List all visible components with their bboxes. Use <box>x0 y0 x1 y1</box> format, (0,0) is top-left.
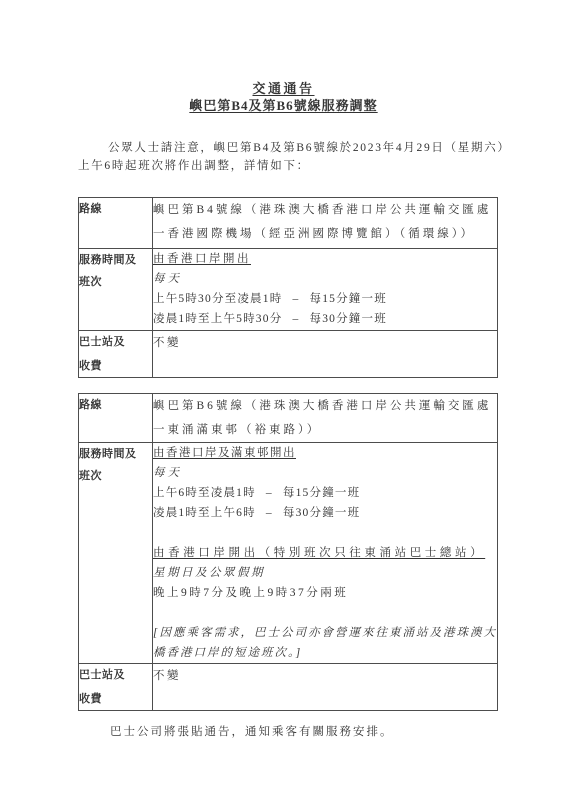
b6-schedule-1: 上午6時至凌晨1時 – 每15分鐘一班 <box>153 483 497 503</box>
b6-unchanged-value: 不變 <box>153 664 497 686</box>
b4-unchanged-value: 不變 <box>153 331 497 353</box>
b6-stops-row: 巴士站及 收費 不變 <box>79 664 498 711</box>
b6-route-table: 路線 嶼巴第B6號線（港珠澳大橋香港口岸公共運輸交匯處 一東涌滿東邨（裕東路））… <box>78 393 498 711</box>
route-label: 路線 <box>79 394 152 416</box>
b6-note-line-1: [因應乘客需求，巴士公司亦會營運來往東涌站及港珠澳大 <box>153 623 497 643</box>
stops-label-line-2: 收費 <box>79 355 152 377</box>
b4-service-value-cell: 由香港口岸開出 每天 上午5時30分至凌晨1時 – 每15分鐘一班 凌晨1時至上… <box>153 249 498 331</box>
b6-schedule-2: 凌晨1時至上午6時 – 每30分鐘一班 <box>153 503 497 523</box>
b4-route-line-2: 一香港國際機場（經亞洲國際博覽館）（循環線）） <box>153 222 497 246</box>
b4-route-row: 路線 嶼巴第B4號線（港珠澳大橋香港口岸公共運輸交匯處 一香港國際機場（經亞洲國… <box>79 198 498 249</box>
b6-route-line-2: 一東涌滿東邨（裕東路）） <box>153 418 497 442</box>
b4-stops-label-cell: 巴士站及 收費 <box>79 331 153 378</box>
intro-line-1: 公眾人士請注意，嶼巴第B4及第B6號線於2023年4月29日（星期六） <box>78 140 548 156</box>
notice-subtitle: 嶼巴第B4及第B6號線服務調整 <box>0 97 567 114</box>
notice-page: 交通通告 嶼巴第B4及第B6號線服務調整 公眾人士請注意，嶼巴第B4及第B6號線… <box>0 0 567 800</box>
spacer <box>153 603 497 623</box>
notice-title: 交通通告 <box>0 80 567 97</box>
stops-label-line-1: 巴士站及 <box>79 331 152 353</box>
spacer <box>153 523 497 543</box>
service-label-line-1: 服務時間及 <box>79 249 152 271</box>
service-label-line-2: 班次 <box>79 465 152 487</box>
notice-header: 交通通告 嶼巴第B4及第B6號線服務調整 <box>0 80 567 114</box>
b6-note-line-2: 橋香港口岸的短途班次。] <box>153 643 497 663</box>
b4-route-label-cell: 路線 <box>79 198 153 249</box>
b4-depart-heading: 由香港口岸開出 <box>153 249 497 269</box>
service-label-line-1: 服務時間及 <box>79 443 152 465</box>
b6-schedule-3: 晚上9時7分及晚上9時37分兩班 <box>153 583 497 603</box>
b4-route-table: 路線 嶼巴第B4號線（港珠澳大橋香港口岸公共運輸交匯處 一香港國際機場（經亞洲國… <box>78 197 498 378</box>
b6-depart-heading-2: 由香港口岸開出（特別班次只往東涌站巴士總站） <box>153 543 497 563</box>
b6-service-row: 服務時間及 班次 由香港口岸及滿東邨開出 每天 上午6時至凌晨1時 – 每15分… <box>79 443 498 664</box>
b4-daily-label: 每天 <box>153 269 497 289</box>
b4-stops-value-cell: 不變 <box>153 331 498 378</box>
stops-label-line-2: 收費 <box>79 688 152 710</box>
b6-stops-value-cell: 不變 <box>153 664 498 711</box>
b4-route-line-1: 嶼巴第B4號線（港珠澳大橋香港口岸公共運輸交匯處 <box>153 198 497 222</box>
b4-stops-row: 巴士站及 收費 不變 <box>79 331 498 378</box>
b6-depart-heading-1: 由香港口岸及滿東邨開出 <box>153 443 497 463</box>
b4-schedule-1: 上午5時30分至凌晨1時 – 每15分鐘一班 <box>153 289 497 309</box>
b6-route-line-1: 嶼巴第B6號線（港珠澳大橋香港口岸公共運輸交匯處 <box>153 394 497 418</box>
closing-note: 巴士公司將張貼通告，通知乘客有關服務安排。 <box>78 724 394 740</box>
b6-service-value-cell: 由香港口岸及滿東邨開出 每天 上午6時至凌晨1時 – 每15分鐘一班 凌晨1時至… <box>153 443 498 664</box>
route-label: 路線 <box>79 198 152 220</box>
b4-service-label-cell: 服務時間及 班次 <box>79 249 153 331</box>
b6-stops-label-cell: 巴士站及 收費 <box>79 664 153 711</box>
b6-route-value-cell: 嶼巴第B6號線（港珠澳大橋香港口岸公共運輸交匯處 一東涌滿東邨（裕東路）） <box>153 394 498 443</box>
b6-sunday-heading: 星期日及公眾假期 <box>153 563 497 583</box>
intro-line-2: 上午6時起班次將作出調整，詳情如下： <box>78 158 518 174</box>
b6-route-row: 路線 嶼巴第B6號線（港珠澳大橋香港口岸公共運輸交匯處 一東涌滿東邨（裕東路）） <box>79 394 498 443</box>
service-label-line-2: 班次 <box>79 271 152 293</box>
stops-label-line-1: 巴士站及 <box>79 664 152 686</box>
b4-schedule-2: 凌晨1時至上午5時30分 – 每30分鐘一班 <box>153 309 497 329</box>
b6-service-label-cell: 服務時間及 班次 <box>79 443 153 664</box>
b4-route-value-cell: 嶼巴第B4號線（港珠澳大橋香港口岸公共運輸交匯處 一香港國際機場（經亞洲國際博覽… <box>153 198 498 249</box>
b6-daily-label: 每天 <box>153 463 497 483</box>
b6-route-label-cell: 路線 <box>79 394 153 443</box>
b4-service-row: 服務時間及 班次 由香港口岸開出 每天 上午5時30分至凌晨1時 – 每15分鐘… <box>79 249 498 331</box>
